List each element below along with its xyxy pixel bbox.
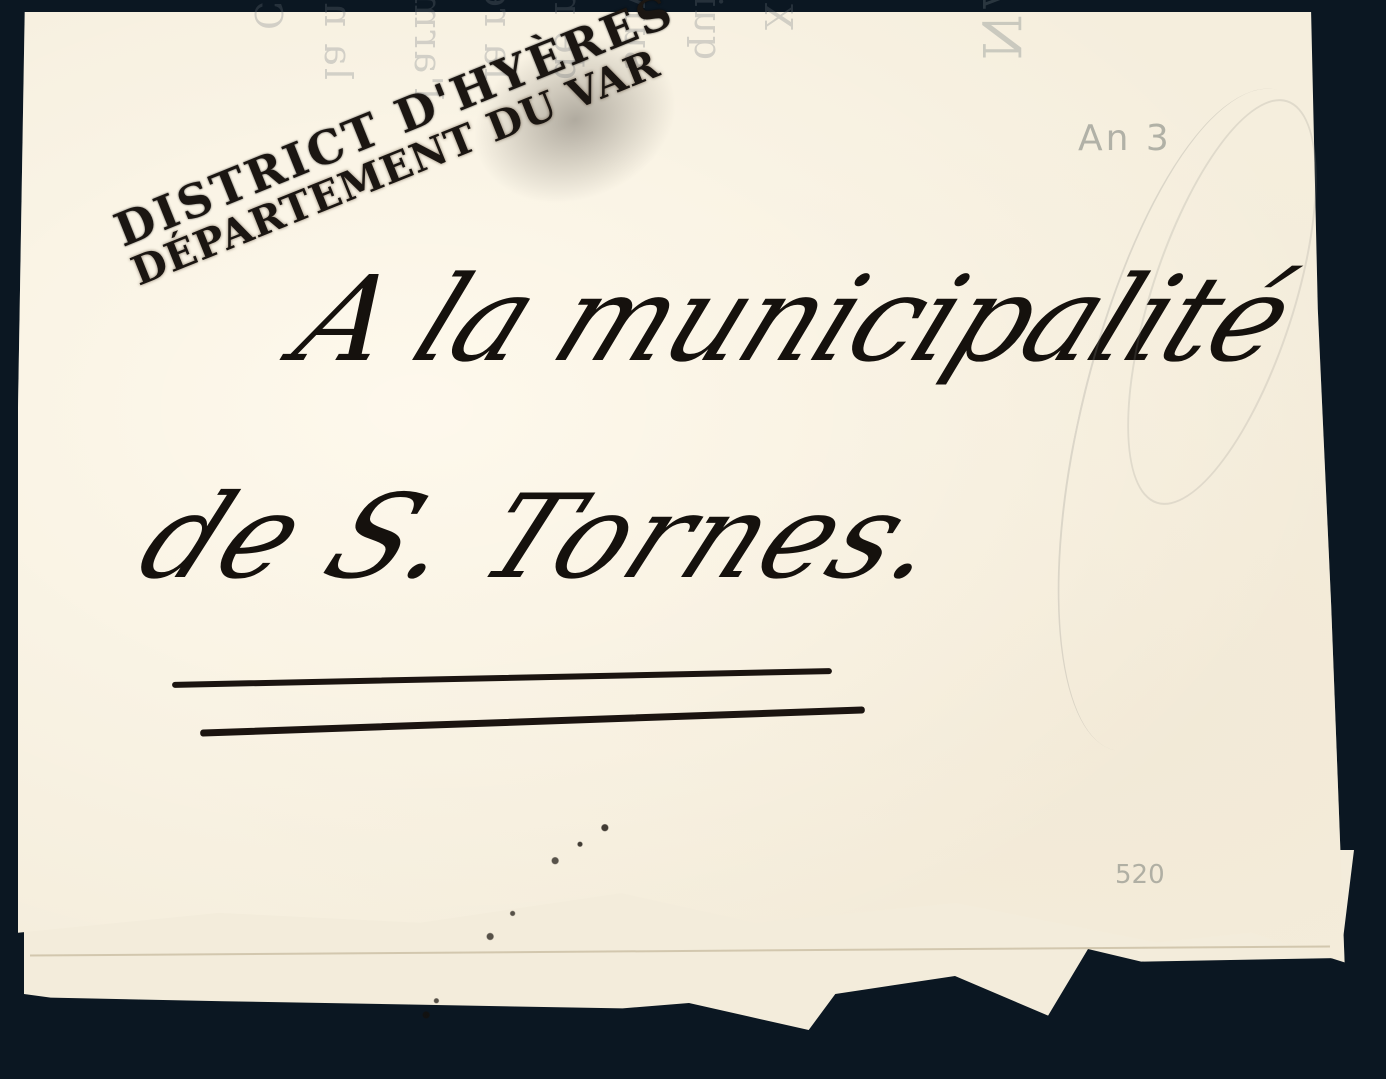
bleed-through-column: la nouvelle xyxy=(316,0,360,80)
bleed-through-column: Croisées par xyxy=(246,0,290,30)
address-line-2: de S. Tornes. xyxy=(120,470,968,605)
pencil-year-note: An 3 xyxy=(1078,118,1172,159)
cover-photo: NATIONALE ET INALTÉRABLE XII de la loi d… xyxy=(0,0,1386,1079)
pencil-rate-note: 520 xyxy=(1115,860,1165,890)
bleed-through-column: XII de la loi du xyxy=(756,0,800,30)
bleed-through-column: qui nous sont adressés xyxy=(686,0,730,60)
bleed-through-heading: NATIONALE ET INALTÉRABLE xyxy=(970,0,1030,60)
